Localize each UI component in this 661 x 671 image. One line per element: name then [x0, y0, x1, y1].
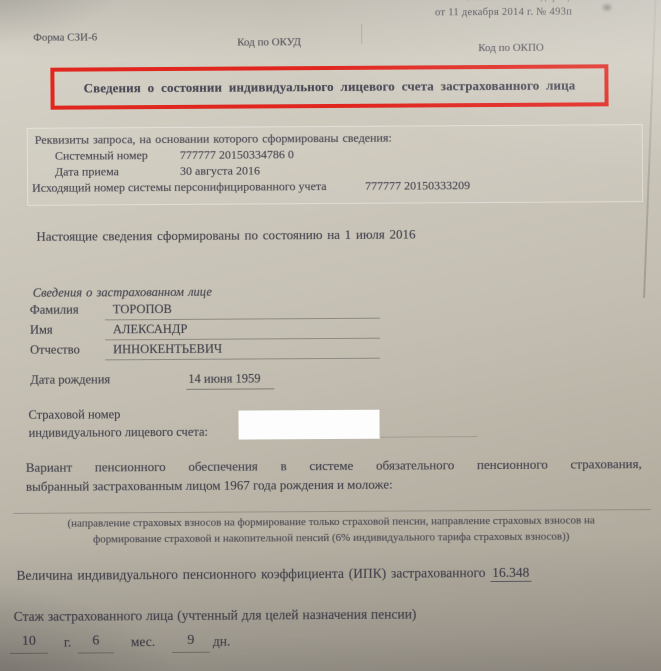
redaction-box [238, 410, 379, 440]
experience-days-unit: дн. [213, 634, 231, 650]
birth-date-label: Дата рождения [30, 372, 110, 387]
receipt-date-value: 30 августа 2016 [180, 163, 260, 178]
variant-note-line2: формирование страховой и накопительной п… [31, 530, 631, 546]
request-details-box: Реквизиты запроса, на основании которого… [27, 124, 643, 206]
account-number-underline [381, 436, 478, 438]
request-heading: Реквизиты запроса, на основании которого… [35, 131, 392, 148]
surname-value: ТОРОПОВ [105, 301, 380, 321]
birth-date-value: 14 июня 1959 [186, 371, 274, 390]
variant-note-line1: (направление страховых взносов на формир… [31, 514, 631, 530]
pension-variant-line2: выбранный застрахованным лицом 1967 года… [26, 477, 393, 495]
szi6-form: Российской Федерации от 11 декабря 2014 … [0, 0, 661, 671]
account-number-label-line2: индивидуального лицевого счета: [29, 425, 208, 441]
firstname-value: АЛЕКСАНДР [105, 321, 380, 341]
experience-label: Стаж застрахованного лица (учтенный для … [14, 606, 417, 624]
surname-label: Фамилия [30, 303, 79, 318]
regulation-date-line: от 11 декабря 2014 г. № 493п [435, 7, 572, 19]
receipt-date-label: Дата приема [55, 164, 119, 179]
ipk-row: Величина индивидуального пенсионного коэ… [16, 565, 531, 584]
experience-months-value: 6 [78, 633, 114, 653]
outgoing-number-label: Исходящий номер системы персонифицирован… [32, 179, 327, 196]
highlight-box: Сведения о состоянии индивидуального лиц… [50, 64, 608, 109]
experience-months-unit: мес. [131, 634, 155, 650]
ipk-value: 16.348 [490, 565, 531, 582]
experience-years-unit: г. [64, 635, 71, 651]
system-number-value: 777777 20150334786 0 [180, 147, 294, 163]
outgoing-number-value: 777777 20150333209 [365, 178, 470, 194]
document-photo: Российской Федерации от 11 декабря 2014 … [0, 0, 661, 671]
patronymic-label: Отчество [30, 343, 80, 358]
pension-variant-line1: Вариант пенсионного обеспечения в систем… [26, 456, 642, 478]
experience-days-value: 9 [172, 633, 210, 653]
system-number-label: Системный номер [55, 148, 148, 164]
form-code-label: Форма СЗИ-6 [33, 31, 97, 43]
firstname-label: Имя [30, 323, 53, 338]
patronymic-value: ИННОКЕНТЬЕВИЧ [105, 341, 380, 361]
document-title: Сведения о состоянии индивидуального лиц… [84, 78, 576, 97]
form-tick-mark [361, 24, 362, 44]
regulation-source-line: Российской Федерации [466, 0, 582, 3]
experience-years-value: 10 [10, 634, 48, 654]
as-of-statement: Настоящие сведения сформированы по состо… [36, 226, 415, 244]
account-number-label-line1: Страховой номер [28, 407, 120, 423]
okpo-label: Код по ОКПО [478, 42, 544, 54]
insured-person-section-title: Сведения о застрахованном лице [33, 285, 212, 301]
okud-label: Код по ОКУД [237, 36, 301, 48]
ipk-label: Величина индивидуального пенсионного коэ… [16, 565, 485, 583]
horizontal-rule [13, 509, 651, 514]
